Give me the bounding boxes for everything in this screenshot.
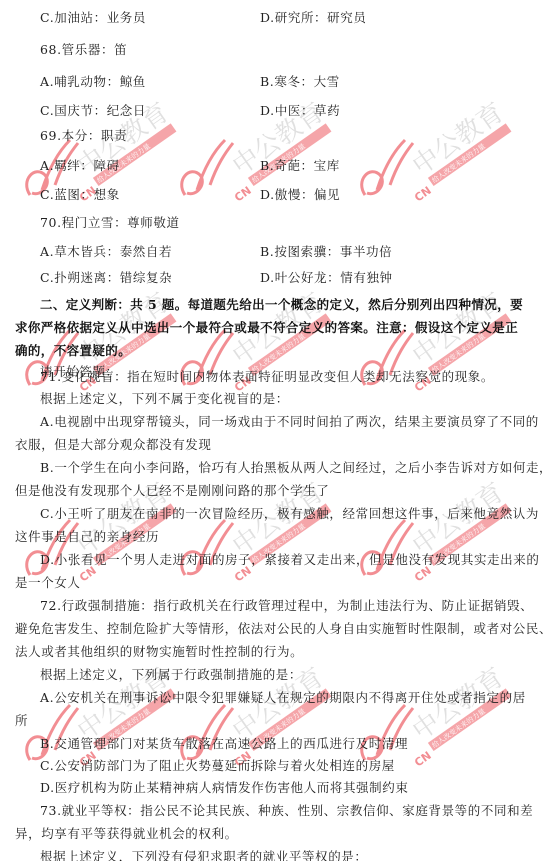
option-line: 69.本分：职责 (40, 128, 127, 144)
svg-text:CN: CN (232, 184, 254, 205)
option-line: 68.管乐器：笛 (40, 42, 127, 58)
section-heading-line-1: 二、定义判断：共 5 题。每道题先给出一个概念的定义，然后分别列出四种情况，要 (40, 297, 523, 313)
paragraph-line: 异，均享有平等获得就业机会的权利。 (15, 826, 238, 842)
option-line: C.加油站：业务员 (40, 10, 146, 26)
paragraph-line: D.医疗机构为防止某精神病人病情发作伤害他人而将其强制约束 (40, 780, 408, 796)
paragraph-line: 根据上述定义，下列不属于变化视盲的是： (40, 391, 289, 407)
paragraph-line: 衣服，但是大部分观众都没有发现 (15, 437, 212, 453)
paragraph-line: 这件事是自己的亲身经历 (15, 529, 159, 545)
paragraph-line: C.公安消防部门为了阻止火势蔓延而拆除与着火处相连的房屋 (40, 758, 395, 774)
section-heading-line-3: 确的，不容置疑的。 (15, 343, 131, 359)
svg-text:中公教育: 中公教育 (407, 97, 509, 181)
option-line: B.寒冬：大雪 (260, 74, 340, 90)
option-line: B.奇葩：宝库 (260, 158, 340, 174)
section-heading-line-2: 求你严格依据定义从中选出一个最符合或最不符合定义的答案。注意：假设这个定义是正 (15, 320, 518, 336)
option-line: B.按图索骥：事半功倍 (260, 244, 392, 260)
option-line: D.叶公好龙：情有独钟 (260, 270, 393, 286)
paragraph-line: 避免危害发生、控制危险扩大等情形，依法对公民的人身自由实施暂时性限制，或者对公民… (15, 621, 550, 637)
paragraph-line: B.一个学生在向小李问路，恰巧有人抬黑板从两人之间经过，之后小李告诉对方如何走， (40, 460, 550, 476)
paragraph-line: 71.变化视盲：指在短时间内物体表面特征明显改变但人类却无法察觉的现象。 (40, 369, 494, 385)
paragraph-line: A.公安机关在刑事诉讼中限令犯罪嫌疑人在规定的期限内不得离开住处或者指定的居 (40, 690, 526, 706)
offcn-logo-icon (182, 140, 233, 195)
paragraph-line: 法人或者其他组织的财物实施暂时性控制的行为。 (15, 644, 303, 660)
paragraph-line: B.交通管理部门对某货车散落在高速公路上的西瓜进行及时清理 (40, 736, 408, 752)
svg-text:给人改变未来的力量: 给人改变未来的力量 (430, 141, 487, 185)
offcn-watermark: 中公教育给人改变未来的力量CN (355, 660, 525, 770)
offcn-logo-icon (362, 140, 413, 195)
paragraph-line: 根据上述定义，下列属于行政强制措施的是： (40, 667, 302, 683)
paragraph-line: A.电视剧中出现穿帮镜头，同一场戏由于不同时间拍了两次，结果主要演员穿了不同的 (40, 414, 539, 430)
svg-text:CN: CN (412, 749, 434, 770)
option-line: D.中医：草药 (260, 103, 340, 119)
paragraph-line: 是一个女人 (15, 575, 81, 591)
document-page: 中公教育给人改变未来的力量CN中公教育给人改变未来的力量CN中公教育给人改变未来… (0, 0, 550, 861)
option-line: D.研究所：研究员 (260, 10, 366, 26)
option-line: C.蓝图：想象 (40, 187, 120, 203)
paragraph-line: 73.就业平等权：指公民不论其民族、种族、性别、宗教信仰、家庭背景等的不同和差 (40, 803, 533, 819)
option-line: D.傲慢：偏见 (260, 187, 340, 203)
paragraph-line: C.小王听了朋友在南非的一次冒险经历，极有感触，经常回想这件事，后来他竟然认为 (40, 506, 539, 522)
option-line: A.草木皆兵：泰然自若 (40, 244, 172, 260)
option-line: C.国庆节：纪念日 (40, 103, 146, 119)
svg-text:CN: CN (412, 184, 434, 205)
paragraph-line: 但是他没有发现那个人已经不是刚刚问路的那个学生了 (15, 483, 329, 499)
offcn-watermark: 中公教育给人改变未来的力量CN (355, 95, 525, 205)
option-line: A.哺乳动物：鲸鱼 (40, 74, 146, 90)
option-line: C.扑朔迷离：错综复杂 (40, 270, 172, 286)
paragraph-line: 根据上述定义，下列没有侵犯求职者的就业平等权的是： (40, 849, 368, 861)
option-line: 70.程门立雪：尊师敬道 (40, 215, 180, 231)
paragraph-line: 72.行政强制措施：指行政机关在行政管理过程中，为制止违法行为、防止证据销毁、 (40, 598, 533, 614)
paragraph-line: D.小张看见一个男人走进对面的房子，紧接着又走出来，但是他没有发现其实走出来的 (40, 552, 539, 568)
paragraph-line: 所 (15, 713, 28, 729)
option-line: A.羁绊：障碍 (40, 158, 120, 174)
svg-text:给人改变未来的力量: 给人改变未来的力量 (430, 706, 487, 750)
offcn-watermark: 中公教育给人改变未来的力量CN (355, 475, 525, 585)
